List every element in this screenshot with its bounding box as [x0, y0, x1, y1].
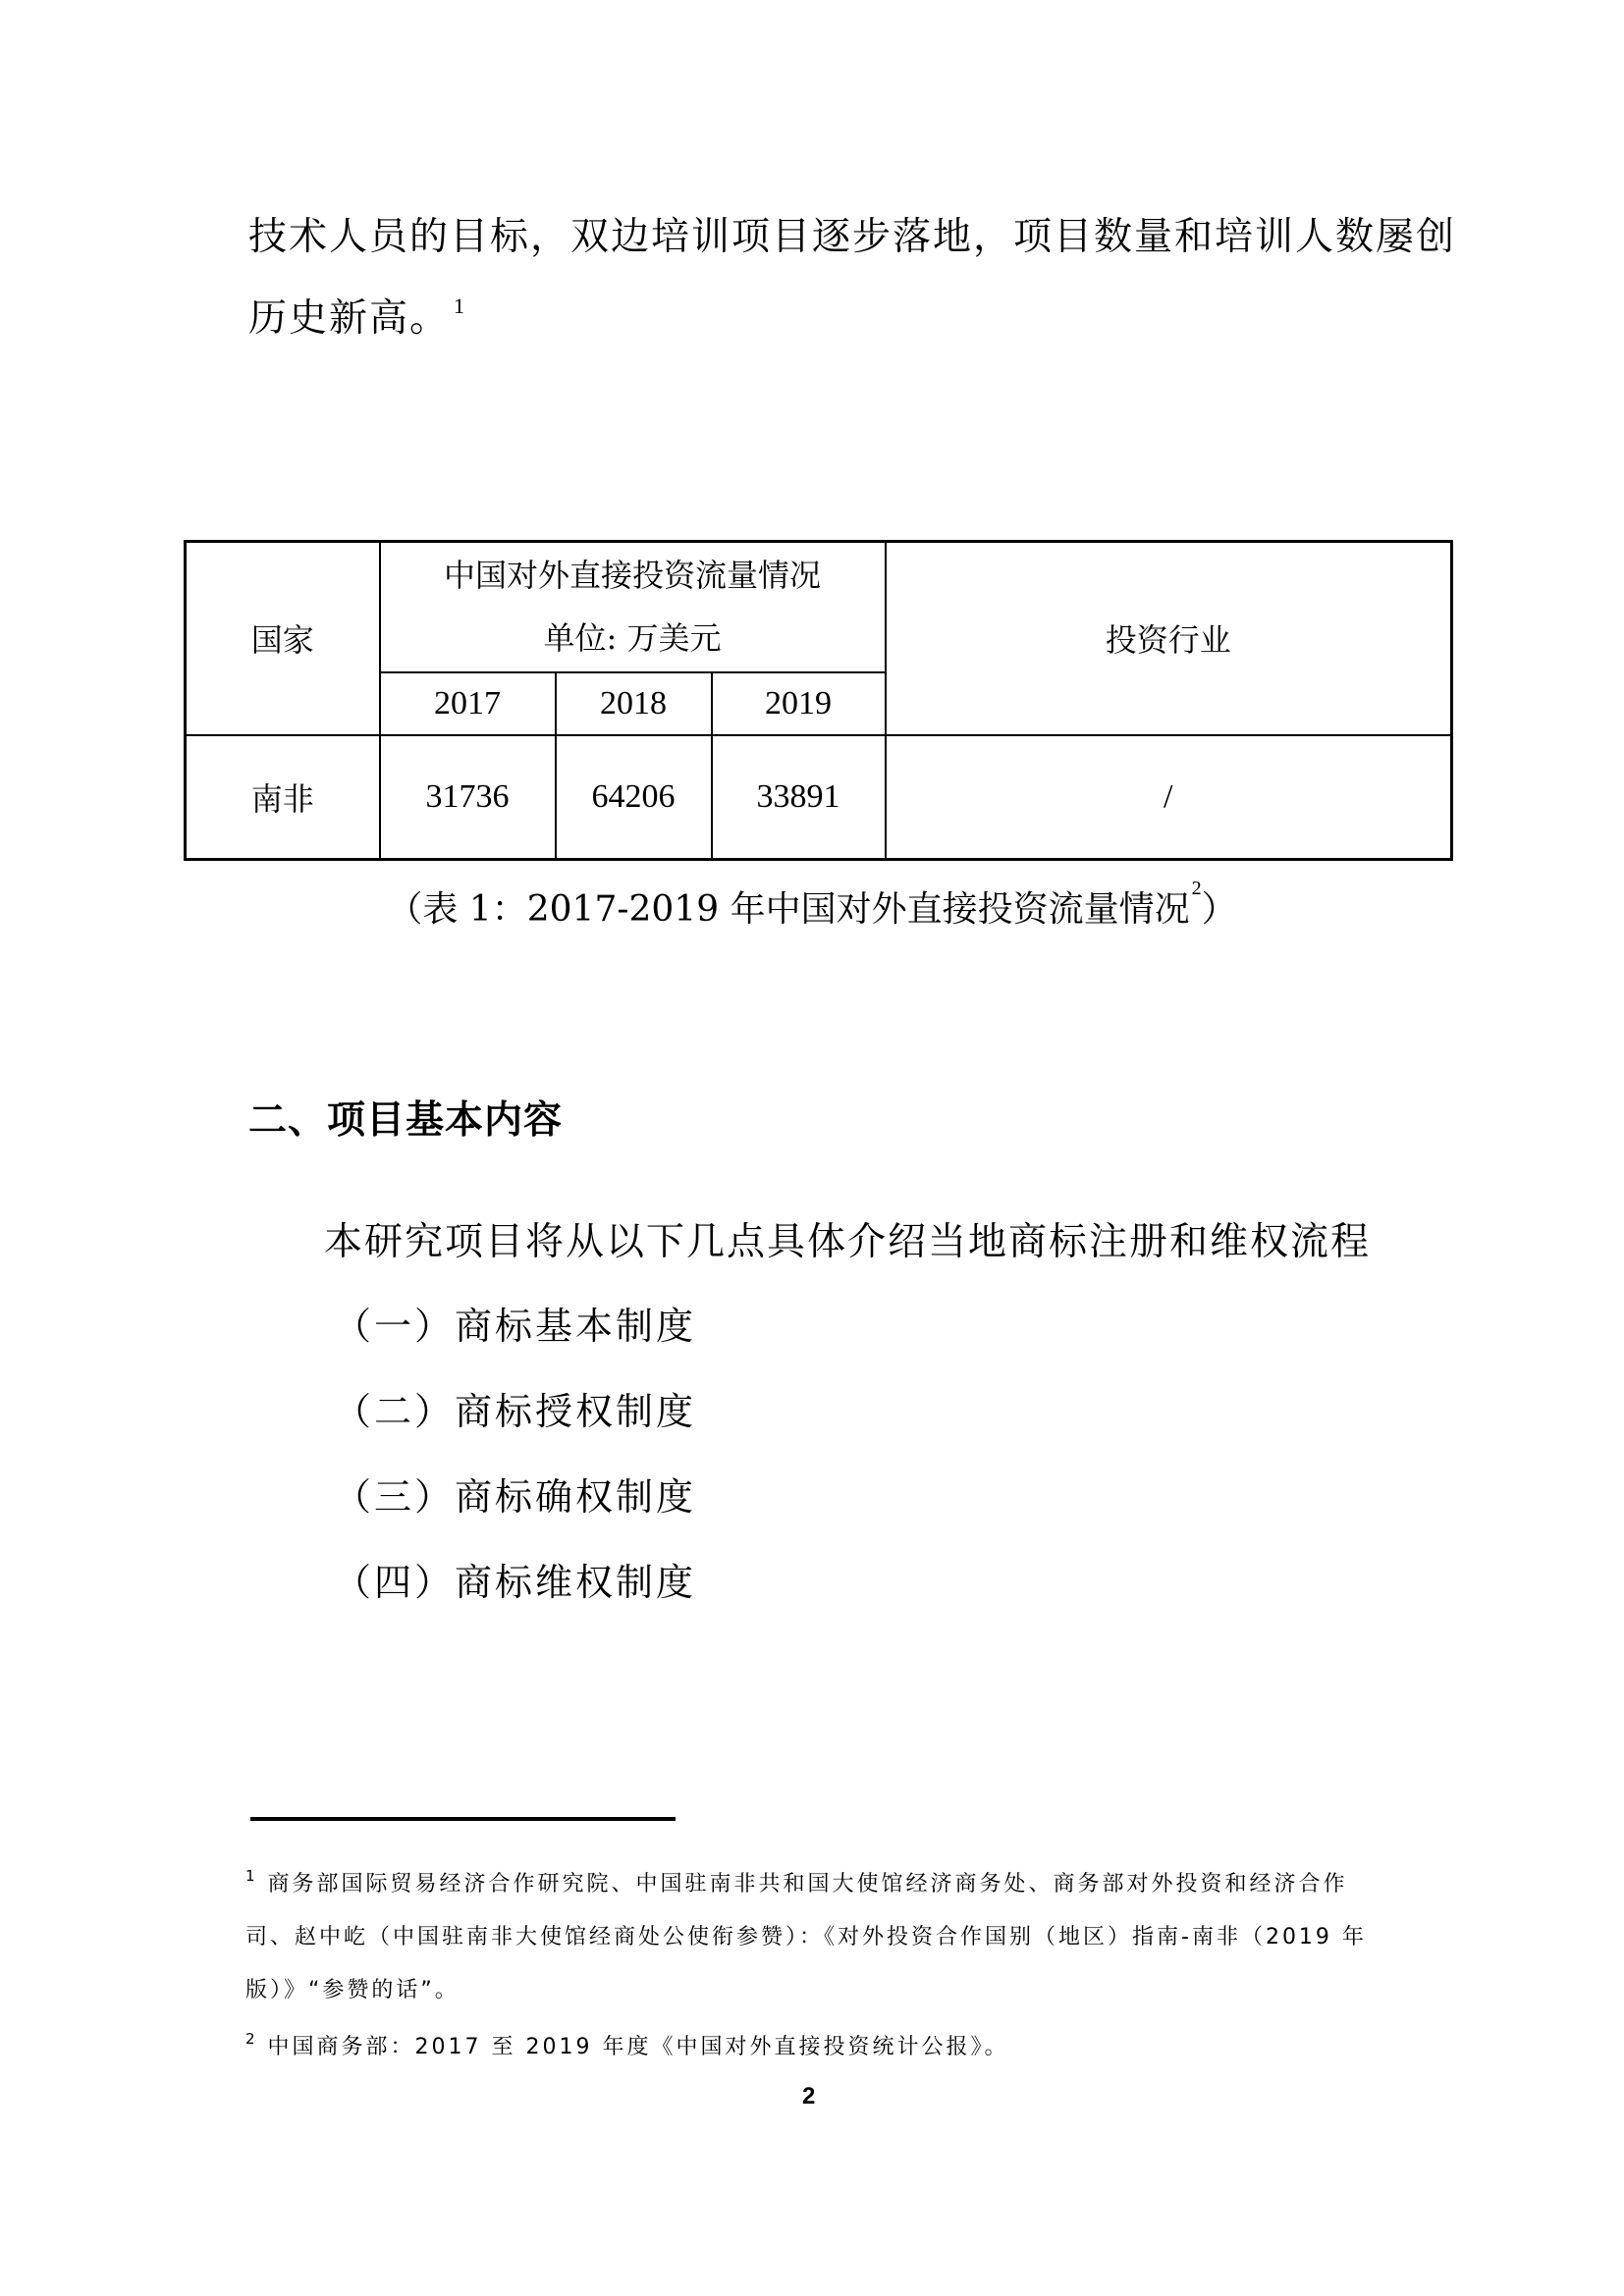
footnote-1-line-1: 1商务部国际贸易经济合作研究院、中国驻南非共和国大使馆经济商务处、商务部对外投资… — [245, 1867, 1348, 1897]
cell-country: 南非 — [186, 735, 380, 860]
caption-text: （表 1：2017-2019 年中国对外直接投资流量情况 — [387, 889, 1189, 930]
cell-industry: / — [886, 735, 1452, 860]
list-item: （一）商标基本制度 — [334, 1296, 696, 1350]
footnote-1-number: 1 — [245, 1867, 258, 1885]
body-paragraph-line-2: 历史新高。1 — [248, 299, 466, 338]
header-year-2018: 2018 — [556, 672, 712, 735]
footnote-2: 2中国商务部：2017 至 2019 年度《中国对外直接投资统计公报》。 — [245, 2030, 1009, 2060]
body-line-2-text: 历史新高。 — [248, 296, 450, 341]
footnote-2-text: 中国商务部：2017 至 2019 年度《中国对外直接投资统计公报》。 — [268, 2035, 1009, 2059]
footnote-1-line-3: 版）》“参赞的话”。 — [245, 1973, 460, 2003]
cell-2019: 33891 — [712, 735, 886, 860]
table-caption: （表 1：2017-2019 年中国对外直接投资流量情况2） — [0, 881, 1624, 932]
header-flow: 中国对外直接投资流量情况 单位: 万美元 — [380, 542, 886, 672]
header-flow-title: 中国对外直接投资流量情况 — [381, 544, 885, 607]
list-item: （四）商标维权制度 — [334, 1552, 696, 1606]
footnote-ref-1[interactable]: 1 — [454, 294, 466, 318]
table-row: 南非 31736 64206 33891 / — [186, 735, 1452, 860]
header-year-2019: 2019 — [712, 672, 886, 735]
list-item: （二）商标授权制度 — [334, 1381, 696, 1435]
section-intro: 本研究项目将从以下几点具体介绍当地商标注册和维权流程 — [324, 1211, 1371, 1266]
footnote-1-line-2: 司、赵中屹（中国驻南非大使馆经商处公使衔参赞）：《对外投资合作国别（地区）指南-… — [245, 1920, 1367, 1950]
investment-flow-table: 国家 中国对外直接投资流量情况 单位: 万美元 投资行业 2017 2018 2… — [184, 540, 1453, 861]
footnote-1-text: 商务部国际贸易经济合作研究院、中国驻南非共和国大使馆经济商务处、商务部对外投资和… — [268, 1872, 1348, 1896]
footnote-ref-2[interactable]: 2 — [1192, 878, 1202, 899]
cell-2017: 31736 — [380, 735, 556, 860]
footnote-separator — [250, 1817, 676, 1821]
section-heading: 二、项目基本内容 — [248, 1090, 563, 1145]
header-flow-unit: 单位: 万美元 — [381, 607, 885, 669]
cell-2018: 64206 — [556, 735, 712, 860]
header-industry: 投资行业 — [886, 542, 1452, 735]
header-country: 国家 — [186, 542, 380, 735]
body-paragraph-line-1: 技术人员的目标，双边培训项目逐步落地，项目数量和培训人数屡创 — [248, 218, 1456, 256]
page-number: 2 — [802, 2083, 815, 2110]
list-item: （三）商标确权制度 — [334, 1467, 696, 1521]
header-year-2017: 2017 — [380, 672, 556, 735]
caption-close: ） — [1202, 889, 1237, 930]
footnote-2-number: 2 — [245, 2030, 258, 2048]
